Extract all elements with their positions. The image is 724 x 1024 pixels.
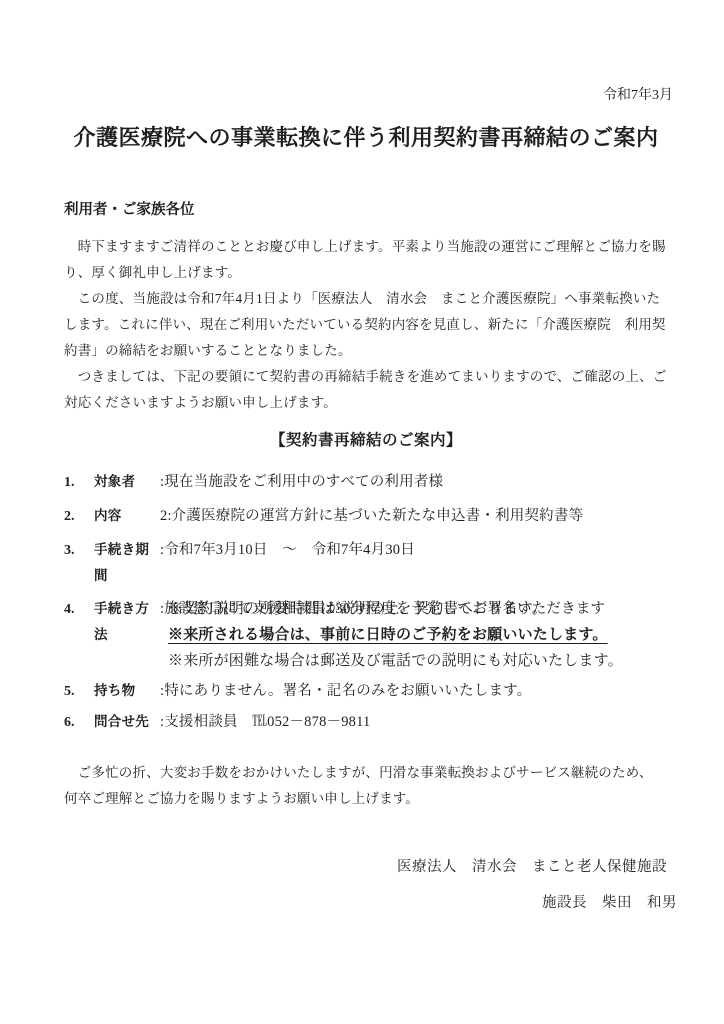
list-item-label: 持ち物	[94, 678, 160, 704]
notes-block: ※契約説明の所要時間は30分程度を予定しております。 ※来所される場合は、事前に…	[168, 596, 684, 674]
list-item-label: 問合せ先	[94, 709, 160, 735]
list-item-number: 6.	[64, 710, 94, 736]
list-item-value: 2:介護医療院の運営方針に基づいた新たな申込書・利用契約書等	[160, 503, 668, 529]
list-item-number: 4.	[64, 597, 94, 623]
document-title: 介護医療院への事業転換に伴う利用契約書再締結のご案内	[64, 122, 668, 154]
recipient-line: 利用者・ご家族各位	[64, 198, 668, 222]
list-item-label: 対象者	[94, 469, 160, 495]
list-item-label: 手続き方法	[94, 596, 160, 648]
section-heading: 【契約書再締結のご案内】	[64, 428, 668, 454]
closing-paragraph: ご多忙の折、大変お手数をおかけいたしますが、円滑な事業転換およびサービス継続のた…	[64, 760, 668, 812]
document-date: 令和7年3月	[64, 86, 673, 106]
announcement-paragraph: この度、当施設は令和7年4月1日より「医療法人 清水会 まこと介護医療院」へ事業…	[64, 286, 668, 364]
list-item-content: 2. 内容 2:介護医療院の運営方針に基づいた新たな申込書・利用契約書等	[64, 503, 668, 530]
list-item-label: 内容	[94, 503, 160, 529]
list-item-target: 1. 対象者 :現在当施設をご利用中のすべての利用者様	[64, 469, 668, 496]
note-remote-option: ※来所が困難な場合は郵送及び電話での説明にも対応いたします。	[168, 648, 684, 674]
list-item-value: :特にありません。署名・記名のみをお願いいたします。	[160, 678, 668, 704]
request-paragraph: つきましては、下記の要領にて契約書の再締結手続きを進めてまいりますので、ご確認の…	[64, 364, 668, 416]
list-item-number: 5.	[64, 679, 94, 705]
list-item-value: :令和7年3月10日 ～ 令和7年4月30日	[160, 537, 668, 563]
note-reservation: ※来所される場合は、事前に日時のご予約をお願いいたします。	[168, 622, 684, 648]
signature-person: 施設長 柴田 和男	[542, 892, 677, 914]
list-item-value: :支援相談員 ℡052－878－9811	[160, 709, 668, 735]
list-item-number: 3.	[64, 538, 94, 564]
note-duration: ※契約説明の所要時間は30分程度を予定しております。	[168, 596, 684, 622]
procedure-list-lower: 5. 持ち物 :特にありません。署名・記名のみをお願いいたします。 6. 問合せ…	[64, 678, 668, 740]
list-item-number: 1.	[64, 470, 94, 496]
greeting-paragraph: 時下ますますご清祥のこととお慶び申し上げます。平素より当施設の運営にご理解とご協…	[64, 234, 668, 286]
signature-organization: 医療法人 清水会 まこと老人保健施設	[397, 856, 667, 878]
list-item-number: 2.	[64, 504, 94, 530]
list-item-belongings: 5. 持ち物 :特にありません。署名・記名のみをお願いいたします。	[64, 678, 668, 705]
document-page: 令和7年3月 介護医療院への事業転換に伴う利用契約書再締結のご案内 利用者・ご家…	[0, 0, 724, 1024]
list-item-contact: 6. 問合せ先 :支援相談員 ℡052－878－9811	[64, 709, 668, 736]
list-item-period: 3. 手続き期間 :令和7年3月10日 ～ 令和7年4月30日	[64, 537, 668, 589]
list-item-label: 手続き期間	[94, 537, 160, 589]
list-item-value: :現在当施設をご利用中のすべての利用者様	[160, 469, 668, 495]
